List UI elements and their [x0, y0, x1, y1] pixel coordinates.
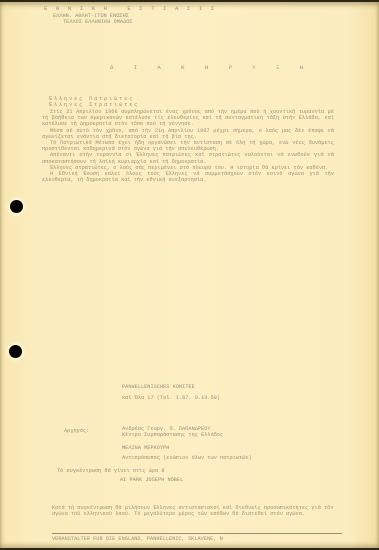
scanned-document-page: Ε Θ Ν Ι Κ Η Ε Σ Τ Ι Α Σ Ι Σ ΕΛΛΗΝ. ΑΘΛΗΤ…	[0, 2, 379, 548]
event-venue: ΑΙ PARK JOSEPH NOBEL	[120, 477, 183, 483]
document-body: Στίς 21 Απριλίου 1968 συμπληρώνεται ένας…	[42, 109, 334, 183]
salutation-line-2: Έλληνες Στρατιώτες	[49, 102, 139, 108]
signatory: Ανδρέας Γεωργ. Π. ΠΑΠΑΝΔΡΕΟΥ Κέντρο Συμπ…	[122, 426, 223, 438]
salutation-line-1: Έλληνες Πατριώτες	[49, 96, 134, 102]
punch-hole-bottom	[9, 345, 22, 358]
paragraph: Απέναντι στήν τυραννία οι Έλληνες πατριώ…	[42, 152, 334, 164]
footer-text: Κατά τή συγκέντρωση θά μιλήσουν Έλληνες …	[52, 505, 342, 517]
footer-underline	[52, 533, 342, 534]
signatory-name: Ανδρέας Γεωργ. Π. ΠΑΠΑΝΔΡΕΟΥ	[122, 426, 211, 432]
letterhead-line-3: ΤΕΛΛΟΣ ΕΛΛΗΝΙΚΗ ΟΜΑΔΟΣ	[63, 19, 133, 25]
paragraph: Στίς 21 Απριλίου 1968 συμπληρώνεται ένας…	[42, 109, 334, 128]
letterhead-line-1: Ε Θ Ν Ι Κ Η Ε Σ Τ Ι Α Σ Ι Σ	[44, 6, 217, 12]
punch-hole-top	[10, 200, 23, 213]
organization-address: καί Όλα 17 (Tel. 1.87. 9.13.50)	[122, 395, 220, 401]
document-title: Δ Ι Α Κ Η Ρ Υ Ξ Η	[110, 65, 312, 71]
footer-organizers: VERANSTALTER FUR DIE ENGLAND, PANHELLENI…	[52, 536, 223, 542]
signatory-label: Αρχηγός:	[64, 428, 89, 434]
organization-name: PANHELLENISCHES KOMITEE	[122, 384, 195, 390]
paragraph: Τό Πατριωτικό Μέτωπο έχει ήδη οργανώσει …	[42, 140, 334, 152]
representative-name: ΜΕΛΙΝΑ ΜΕΡΚΟΥΡΗ	[122, 445, 169, 451]
salutation: Έλληνες Πατριώτες Έλληνες Στρατιώτες	[49, 96, 139, 108]
paragraph: Μέσα σέ αυτό τόν χρόνο, από τήν 21η Απρι…	[42, 128, 334, 140]
paragraph: Η Εθνική Ένωση καλεί όλους τούς Έλληνες …	[42, 171, 334, 183]
event-note: Τό συγκέντρωση θά γίνει στίς ώρα 8	[57, 468, 165, 474]
signatory-org: Κέντρο Συμπαράστασης της Ελλάδος	[122, 432, 223, 438]
representative-role: Αντιπρόσωπος (ενώπιον όλων των πατριωτών…	[122, 455, 252, 461]
